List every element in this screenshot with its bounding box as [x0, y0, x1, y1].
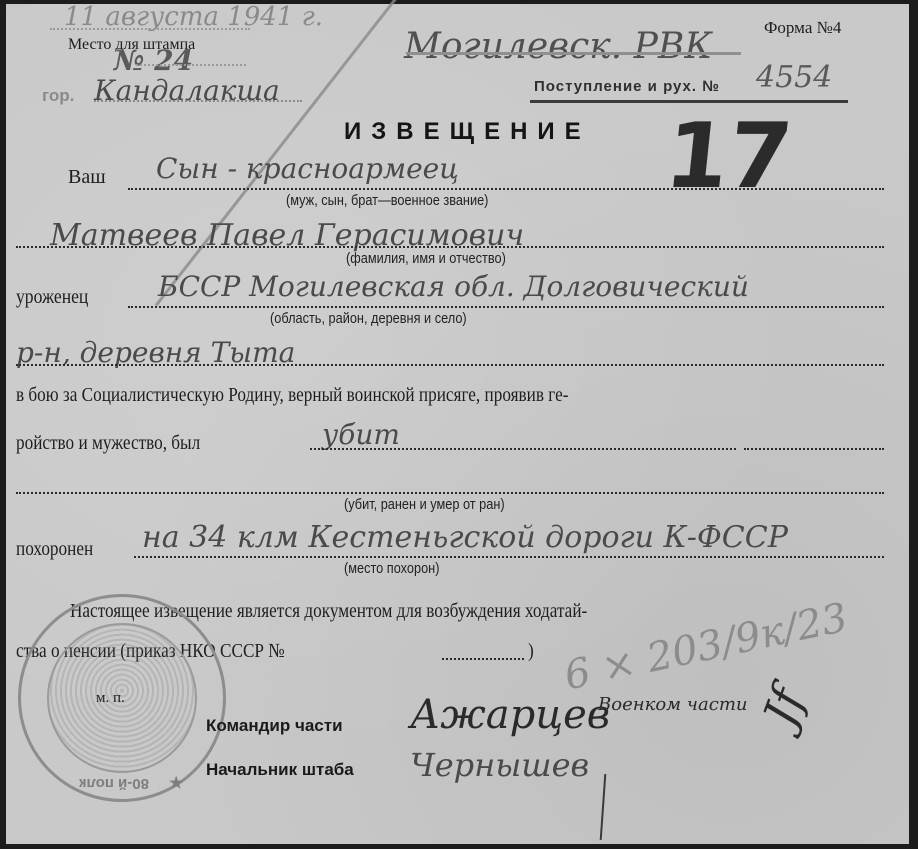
birthplace-label: уроженец — [16, 286, 88, 309]
margin-mark: 17 — [660, 104, 796, 209]
burial-label: похоронен — [16, 538, 93, 561]
notice-line2-end: ) — [528, 640, 534, 663]
commander-signature: Ажарцев — [410, 692, 610, 738]
burial-line — [134, 556, 884, 558]
relation-label: Ваш — [68, 166, 106, 189]
burial-caption: (место похорон) — [344, 560, 439, 577]
registry-stamp-line — [530, 100, 848, 103]
seal-place: м. п. — [96, 690, 125, 707]
relation-caption: (муж, сын, брат—военное звание) — [286, 192, 488, 209]
status-caption: (убит, ранен и умер от ран) — [344, 496, 505, 513]
status-value: убит — [322, 418, 400, 451]
burial-value: на 34 клм Кестеньгской дороги К-ФССР — [142, 520, 788, 555]
city-prefix: гор. — [42, 86, 74, 106]
status-line-c — [16, 492, 884, 494]
seal-star-icon: ★ — [169, 773, 183, 793]
date-line — [50, 28, 250, 30]
full-name-caption: (фамилия, имя и отчество) — [346, 250, 506, 267]
full-name-line — [16, 246, 884, 248]
pencil-annotation: 6 × 203/9к/23 — [560, 595, 851, 700]
header-number: № 24 — [114, 44, 193, 77]
statement-line1: в бою за Социалистическую Родину, верный… — [16, 384, 568, 407]
commissar-signature: Jf — [752, 681, 815, 733]
statement-line2: ройство и мужество, был — [16, 432, 200, 455]
chief-of-staff-label: Начальник штаба — [206, 760, 354, 780]
signature-stroke — [600, 774, 607, 840]
chief-of-staff-signature: Чернышев — [410, 746, 589, 784]
commissar-note: Военком части — [598, 694, 747, 715]
addressee: Могилевск. РВК — [404, 26, 712, 67]
document-title: ИЗВЕЩЕНИЕ — [344, 118, 591, 146]
birthplace-line2 — [16, 364, 884, 366]
notice-document: 11 августа 1941 г. Место для штампа № 24… — [6, 4, 909, 844]
order-number-line — [442, 658, 524, 660]
seal-text-bottom: 80-й полк — [79, 775, 149, 792]
birthplace-line1 — [128, 306, 884, 308]
form-number: Форма №4 — [764, 18, 841, 38]
birthplace-value-line1: БССР Могилевская обл. Долговический — [158, 270, 749, 303]
city-name: Кандалакша — [94, 74, 280, 107]
relation-line — [128, 188, 884, 190]
commander-label: Командир части — [206, 716, 343, 736]
number-line — [136, 64, 246, 66]
status-line-a — [310, 448, 736, 450]
addressee-underline — [406, 52, 741, 55]
registry-number: 4554 — [756, 60, 832, 95]
registry-stamp-label: Поступление и рух. № — [534, 78, 720, 95]
relation-value: Сын - красноармеец — [156, 152, 459, 185]
city-line — [94, 100, 302, 102]
status-line-b — [744, 448, 884, 450]
birthplace-caption: (область, район, деревня и село) — [270, 310, 467, 327]
